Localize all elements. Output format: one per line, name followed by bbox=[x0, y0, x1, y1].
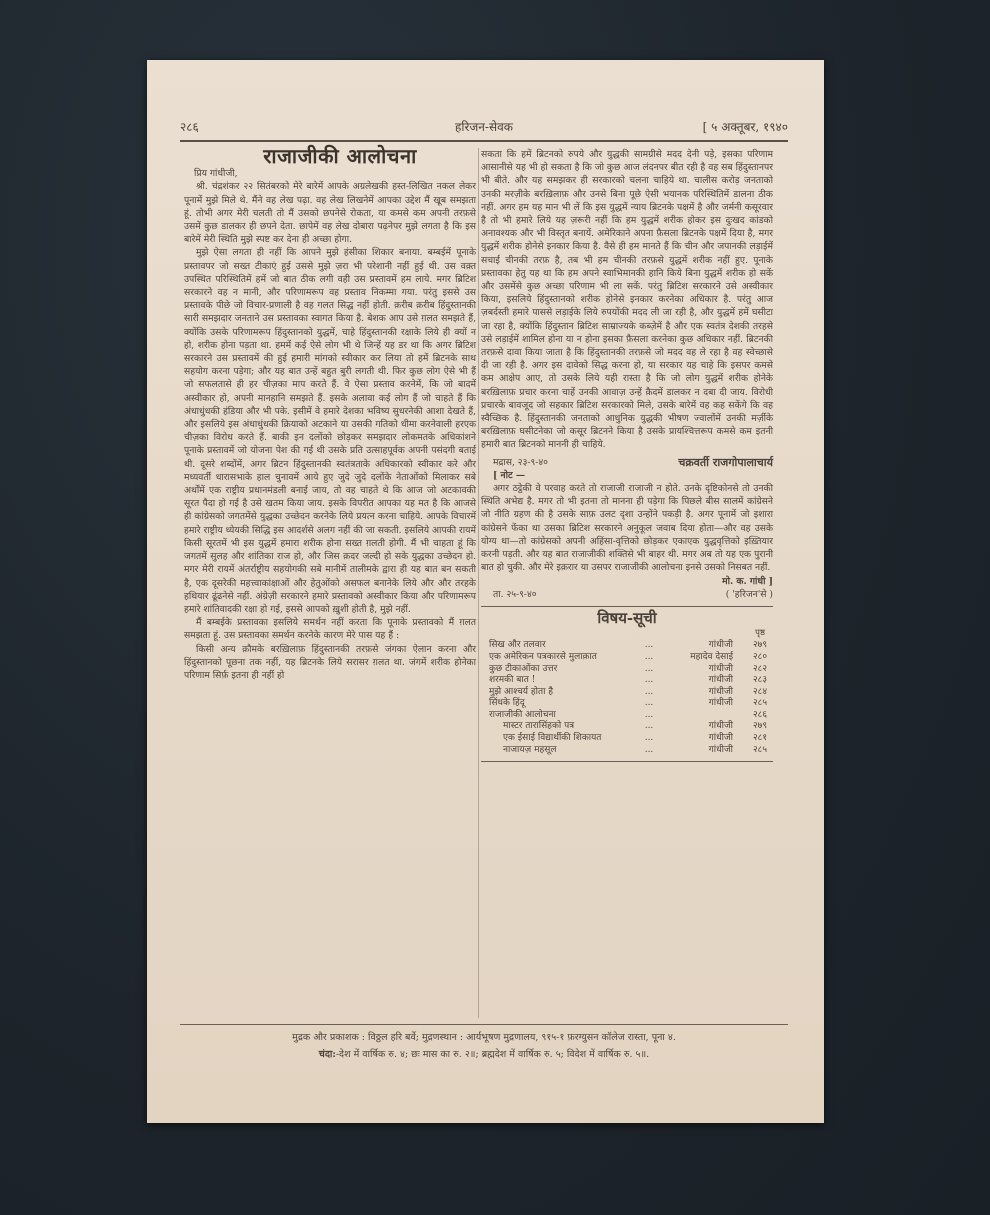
footer-rule bbox=[180, 1024, 788, 1025]
toc-item: सिंधके हिंदू...गांधीजी२८५ bbox=[481, 698, 773, 710]
note-text: अगर ठट्ठेकी वे परवाह करते तो राजाजी राजा… bbox=[481, 482, 773, 574]
toc-item-author: गांधीजी bbox=[669, 664, 733, 676]
subscription-line: चंदा:-देश में वार्षिक रु. ४; छः मास का र… bbox=[180, 1047, 788, 1060]
toc-item: एक अमेरिकन पत्रकारसे मुलाक़ात...महादेव द… bbox=[481, 652, 773, 664]
note-source: ( 'हरिजन'से ) bbox=[726, 588, 773, 601]
toc-item-author: गांधीजी bbox=[669, 640, 733, 652]
toc-item-page: २८५ bbox=[733, 698, 773, 710]
toc-item-title: कुछ टीकाओंका उत्तर bbox=[481, 664, 629, 676]
paragraph: श्री. चंद्रशंकर २२ सितंबरको मेरे बारेमें… bbox=[184, 180, 476, 246]
toc-dots: ... bbox=[629, 698, 669, 710]
toc-item: मुझे आश्चर्य होता है...गांधीजी२८४ bbox=[481, 687, 773, 699]
toc-title: विषय-सूची bbox=[481, 612, 773, 625]
paragraph: मैं बम्बईके प्रस्तावका इसलिये समर्थन नही… bbox=[184, 616, 476, 642]
toc-item-author: गांधीजी bbox=[669, 675, 733, 687]
toc-item-page: २७९ bbox=[733, 640, 773, 652]
salutation: प्रिय गांधीजी, bbox=[194, 167, 476, 180]
toc-dots: ... bbox=[629, 745, 669, 757]
note-date-line: ता. २५-९-४० ( 'हरिजन'से ) bbox=[481, 588, 773, 601]
toc-item-author: गांधीजी bbox=[669, 721, 733, 733]
article-title: राजाजीकी आलोचना bbox=[204, 150, 476, 163]
masthead: हरिजन-सेवक bbox=[180, 118, 788, 135]
subscription-label: चंदा: bbox=[319, 1049, 336, 1060]
toc-dots: ... bbox=[629, 640, 669, 652]
paragraph: मुझे ऐसा लगता ही नहीं कि आपने मुझे हंसीक… bbox=[184, 246, 476, 616]
toc-item-page: २८३ bbox=[733, 675, 773, 687]
place-date: मद्रास, २३-९-४० bbox=[493, 456, 548, 469]
toc-rule bbox=[481, 606, 773, 607]
toc-item: सिख और तलवार...गांधीजी२७९ bbox=[481, 640, 773, 652]
toc-item-page: २८२ bbox=[733, 664, 773, 676]
toc-item-title: एक ईसाई विद्यार्थीकी शिकायत bbox=[481, 733, 629, 745]
toc-dots: ... bbox=[629, 733, 669, 745]
imprint-line: मुद्रक और प्रकाशक : विठ्ठल हरि बर्वे; मु… bbox=[180, 1030, 788, 1043]
toc-dots: ... bbox=[629, 675, 669, 687]
toc-item: शरमकी बात !...गांधीजी२८३ bbox=[481, 675, 773, 687]
toc-dots: ... bbox=[629, 664, 669, 676]
toc-item: कुछ टीकाओंका उत्तर...गांधीजी२८२ bbox=[481, 664, 773, 676]
right-column: सकता कि हमें ब्रिटनको रुपये और युद्धकी स… bbox=[481, 148, 773, 767]
toc-item: राजाजीकी आलोचना...२८६ bbox=[481, 710, 773, 722]
toc-item-author bbox=[669, 710, 733, 722]
paragraph: सकता कि हमें ब्रिटनको रुपये और युद्धकी स… bbox=[481, 148, 773, 452]
page-header: २८६ हरिजन-सेवक [ ५ अक्तूबर, १९४० bbox=[180, 118, 788, 138]
toc-item-title: मास्टर तारासिंहको पत्र bbox=[481, 721, 629, 733]
toc-dots: ... bbox=[629, 710, 669, 722]
toc-item-page: २८१ bbox=[733, 733, 773, 745]
toc-item: नाजायज़ महसूल...गांधीजी२८५ bbox=[481, 745, 773, 757]
note-signature: मो. क. गांधी ] bbox=[722, 575, 773, 588]
toc-item-page: २८६ bbox=[733, 710, 773, 722]
toc-item-author: गांधीजी bbox=[669, 745, 733, 757]
author-signature: चक्रवर्ती राजगोपालाचार्य bbox=[678, 456, 773, 469]
note-date: ता. २५-९-४० bbox=[493, 588, 537, 601]
toc-item-page: २७९ bbox=[733, 721, 773, 733]
note-heading: [ नोट — bbox=[493, 469, 773, 482]
header-rule bbox=[180, 140, 788, 142]
toc-item-author: गांधीजी bbox=[669, 687, 733, 699]
toc-item-title: सिंधके हिंदू bbox=[481, 698, 629, 710]
toc-item-title: मुझे आश्चर्य होता है bbox=[481, 687, 629, 699]
signature-line: मद्रास, २३-९-४० चक्रवर्ती राजगोपालाचार्य bbox=[481, 456, 773, 469]
note-signature-line: मो. क. गांधी ] bbox=[481, 575, 773, 588]
toc-item-title: एक अमेरिकन पत्रकारसे मुलाक़ात bbox=[481, 652, 629, 664]
toc-bottom-rule bbox=[481, 761, 773, 762]
toc-dots: ... bbox=[629, 652, 669, 664]
toc-page-header: पृष्ठ bbox=[481, 627, 773, 640]
toc-item-title: शरमकी बात ! bbox=[481, 675, 629, 687]
issue-date: [ ५ अक्तूबर, १९४० bbox=[703, 118, 788, 135]
toc-list: सिख और तलवार...गांधीजी२७९एक अमेरिकन पत्र… bbox=[481, 640, 773, 756]
subscription-rates: -देश में वार्षिक रु. ४; छः मास का रु. २॥… bbox=[336, 1049, 649, 1060]
toc-item-author: महादेव देसाई bbox=[669, 652, 733, 664]
toc-dots: ... bbox=[629, 687, 669, 699]
toc-item-title: राजाजीकी आलोचना bbox=[481, 710, 629, 722]
toc-item-page: २८५ bbox=[733, 745, 773, 757]
toc-item-page: २८४ bbox=[733, 687, 773, 699]
toc-dots: ... bbox=[629, 721, 669, 733]
paragraph: किसी अन्य क़ौमके बरख़िलाफ़ हिंदुस्तानकी … bbox=[184, 643, 476, 683]
toc-item-author: गांधीजी bbox=[669, 698, 733, 710]
newspaper-page: २८६ हरिजन-सेवक [ ५ अक्तूबर, १९४० राजाजीक… bbox=[147, 60, 824, 1123]
left-column: राजाजीकी आलोचना प्रिय गांधीजी, श्री. चंद… bbox=[184, 148, 476, 682]
column-divider bbox=[478, 148, 479, 1018]
toc-item-title: नाजायज़ महसूल bbox=[481, 745, 629, 757]
toc-item: मास्टर तारासिंहको पत्र...गांधीजी२७९ bbox=[481, 721, 773, 733]
toc-item: एक ईसाई विद्यार्थीकी शिकायत...गांधीजी२८१ bbox=[481, 733, 773, 745]
toc-item-title: सिख और तलवार bbox=[481, 640, 629, 652]
toc-item-author: गांधीजी bbox=[669, 733, 733, 745]
toc-item-page: २८० bbox=[733, 652, 773, 664]
